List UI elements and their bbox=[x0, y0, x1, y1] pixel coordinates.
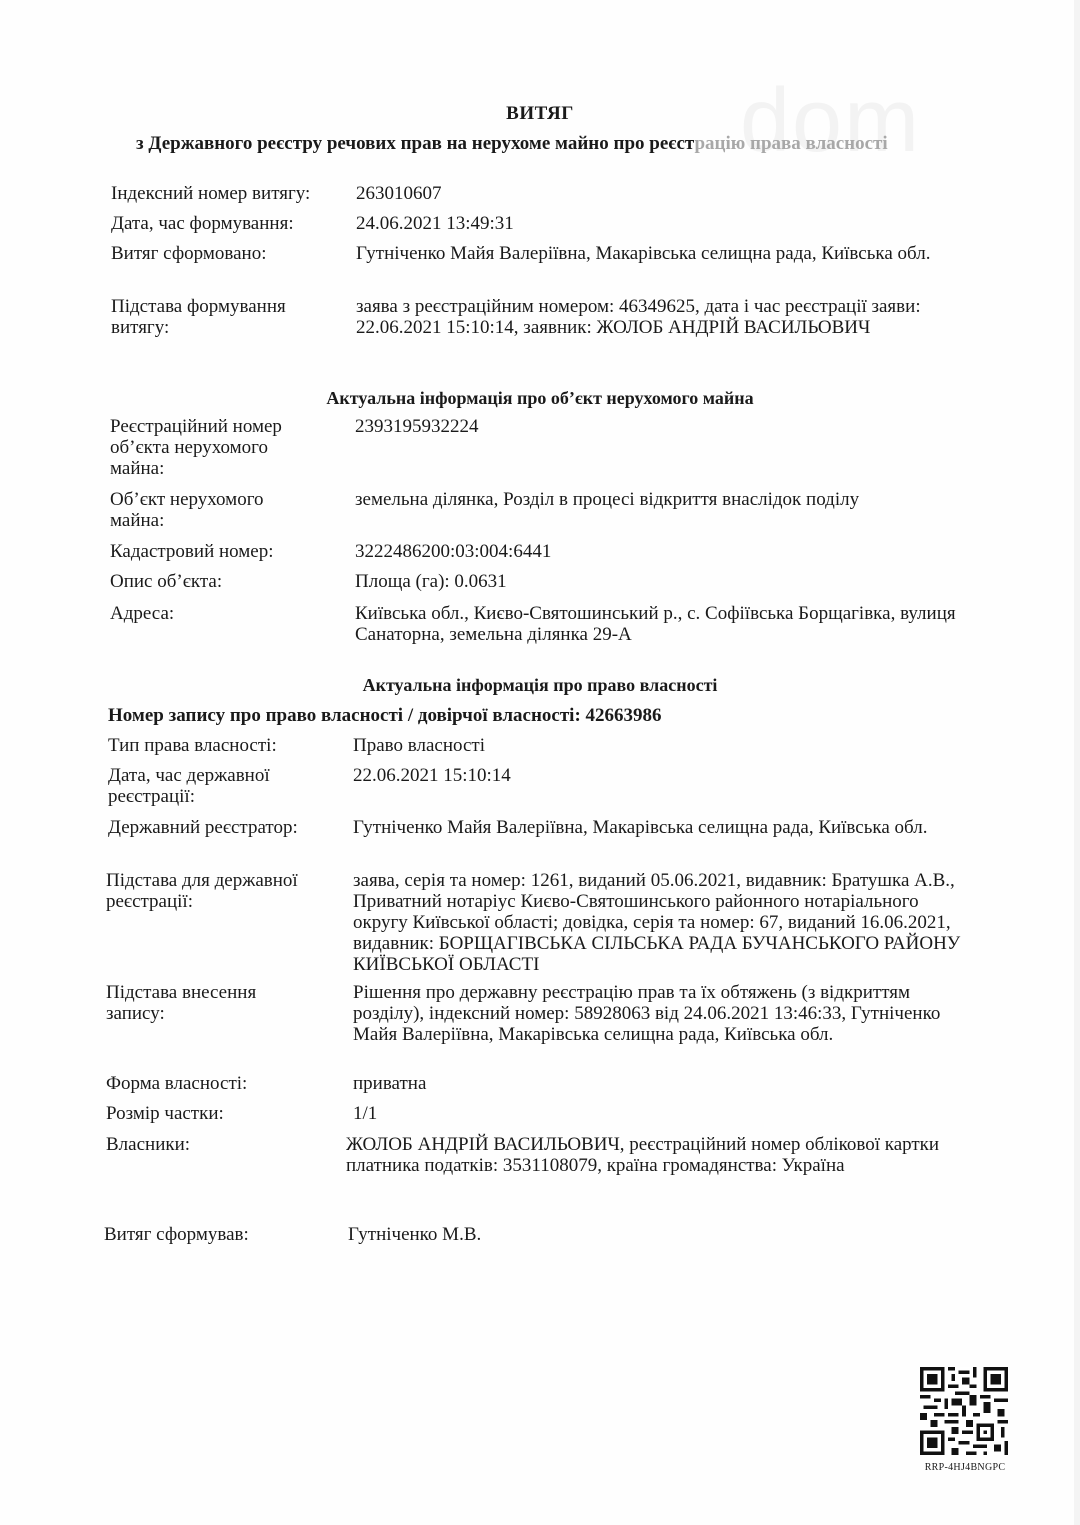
field-value: Гутніченко Майя Валеріївна, Макарівська … bbox=[356, 243, 961, 264]
field-registration-basis: Підстава для державної реєстрації: заява… bbox=[106, 870, 968, 975]
field-owners: Власники: ЖОЛОБ АНДРІЙ ВАСИЛЬОВИЧ, реєст… bbox=[106, 1134, 986, 1176]
signed-label: Витяг сформував: bbox=[104, 1224, 348, 1245]
field-value: 1/1 bbox=[353, 1103, 968, 1124]
field-value: 3222486200:03:004:6441 bbox=[355, 541, 955, 562]
field-ownership-type: Тип права власності: Право власності bbox=[108, 735, 973, 756]
field-label: Дата, час формування: bbox=[111, 213, 356, 234]
field-entry-basis: Підстава внесення запису: Рішення про де… bbox=[106, 982, 968, 1045]
field-value: ЖОЛОБ АНДРІЙ ВАСИЛЬОВИЧ, реєстраційний н… bbox=[346, 1134, 986, 1176]
signed-value: Гутніченко М.В. bbox=[348, 1224, 648, 1245]
field-label: Адреса: bbox=[110, 603, 355, 645]
field-cadastral-number: Кадастровий номер: 3222486200:03:004:644… bbox=[110, 541, 955, 562]
document-page: dom ВИТЯГ з Державного реєстру речових п… bbox=[0, 0, 1080, 1525]
field-value: заява з реєстраційним номером: 46349625,… bbox=[356, 296, 981, 338]
document-subtitle: з Державного реєстру речових прав на нер… bbox=[136, 133, 888, 155]
field-value: Київська обл., Києво-Святошинський р., с… bbox=[355, 603, 965, 645]
field-value: Площа (га): 0.0631 bbox=[355, 571, 955, 592]
field-label: Реєстраційний номер об’єкта нерухомого м… bbox=[110, 416, 355, 479]
qr-code-icon bbox=[920, 1367, 1008, 1455]
field-label: Державний реєстратор: bbox=[108, 817, 353, 838]
field-value: 263010607 bbox=[356, 183, 956, 204]
field-object-description: Опис об’єкта: Площа (га): 0.0631 bbox=[110, 571, 955, 592]
field-formation-datetime: Дата, час формування: 24.06.2021 13:49:3… bbox=[111, 213, 956, 234]
field-label: Підстава внесення запису: bbox=[106, 982, 353, 1045]
field-registration-datetime: Дата, час державної реєстрації: 22.06.20… bbox=[108, 765, 973, 807]
field-state-registrar: Державний реєстратор: Гутніченко Майя Ва… bbox=[108, 817, 958, 838]
field-label: Підстава формування витягу: bbox=[111, 296, 356, 338]
field-label: Власники: bbox=[106, 1134, 346, 1176]
field-value: заява, серія та номер: 1261, виданий 05.… bbox=[353, 870, 968, 975]
field-label: Об’єкт нерухомого майна: bbox=[110, 489, 355, 531]
field-value: приватна bbox=[353, 1073, 968, 1094]
field-label: Форма власності: bbox=[106, 1073, 353, 1094]
field-value: 24.06.2021 13:49:31 bbox=[356, 213, 956, 234]
subtitle-faded: рацію права власності bbox=[694, 133, 887, 154]
field-value: Гутніченко Майя Валеріївна, Макарівська … bbox=[353, 817, 958, 838]
field-extract-index: Індексний номер витягу: 263010607 bbox=[111, 183, 956, 204]
field-label: Індексний номер витягу: bbox=[111, 183, 356, 204]
document-title: ВИТЯГ bbox=[0, 103, 1080, 125]
field-formation-basis: Підстава формування витягу: заява з реєс… bbox=[111, 296, 981, 338]
field-formed-by: Витяг сформовано: Гутніченко Майя Валері… bbox=[111, 243, 961, 264]
subtitle-main: з Державного реєстру речових прав на нер… bbox=[136, 133, 694, 154]
field-label: Витяг сформовано: bbox=[111, 243, 356, 264]
qr-code-text: RRP-4HJ4BNGPC bbox=[910, 1462, 1020, 1473]
field-address: Адреса: Київська обл., Києво-Святошинськ… bbox=[110, 603, 965, 645]
field-label: Тип права власності: bbox=[108, 735, 353, 756]
signature-line: Витяг сформував: Гутніченко М.В. bbox=[104, 1224, 648, 1245]
field-label: Підстава для державної реєстрації: bbox=[106, 870, 353, 975]
field-label: Кадастровий номер: bbox=[110, 541, 355, 562]
field-object-reg-number: Реєстраційний номер об’єкта нерухомого м… bbox=[110, 416, 955, 479]
field-share-size: Розмір частки: 1/1 bbox=[106, 1103, 968, 1124]
field-value: Право власності bbox=[353, 735, 973, 756]
field-value: земельна ділянка, Розділ в процесі відкр… bbox=[355, 489, 955, 531]
ownership-record-number: Номер запису про право власності / довір… bbox=[108, 705, 662, 727]
field-ownership-form: Форма власності: приватна bbox=[106, 1073, 968, 1094]
field-object-type: Об’єкт нерухомого майна: земельна ділянк… bbox=[110, 489, 955, 531]
field-value: 2393195932224 bbox=[355, 416, 955, 479]
field-value: 22.06.2021 15:10:14 bbox=[353, 765, 973, 807]
field-label: Дата, час державної реєстрації: bbox=[108, 765, 353, 807]
field-value: Рішення про державну реєстрацію прав та … bbox=[353, 982, 968, 1045]
field-label: Розмір частки: bbox=[106, 1103, 353, 1124]
scan-edge bbox=[1074, 0, 1080, 1525]
section-heading-ownership: Актуальна інформація про право власності bbox=[0, 675, 1080, 696]
field-label: Опис об’єкта: bbox=[110, 571, 355, 592]
section-heading-object: Актуальна інформація про об’єкт нерухомо… bbox=[0, 388, 1080, 409]
